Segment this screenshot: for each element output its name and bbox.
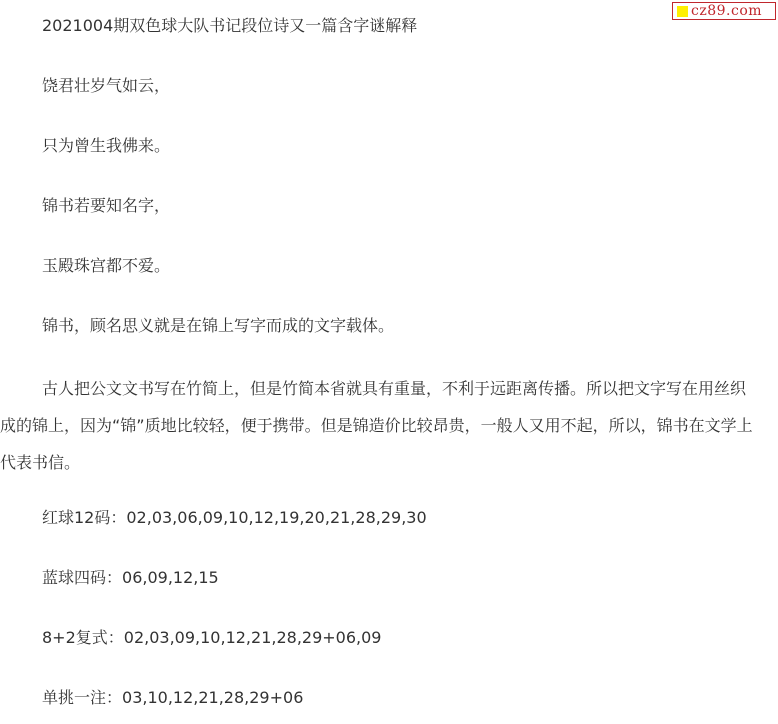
pick-value: 02,03,06,09,10,12,19,20,21,28,29,30	[126, 508, 426, 527]
yellow-square-icon	[677, 6, 688, 17]
explanation-paragraph-1: 锦书，顾名思义就是在锦上写字而成的文字载体。	[0, 310, 778, 342]
single-pick: 单挑一注：03,10,12,21,28,29+06	[0, 682, 778, 714]
pick-value: 02,03,09,10,12,21,28,29+06,09	[124, 628, 382, 647]
pick-value: 03,10,12,21,28,29+06	[122, 688, 303, 707]
poem-line-4: 玉殿珠宫都不爱。	[0, 250, 778, 282]
watermark-text: cz89.com	[691, 3, 762, 19]
pick-value: 06,09,12,15	[122, 568, 219, 587]
explanation-paragraph-2: 古人把公文文书写在竹简上，但是竹简本省就具有重量，不利于远距离传播。所以把文字写…	[0, 370, 758, 481]
red-ball-picks: 红球12码：02,03,06,09,10,12,19,20,21,28,29,3…	[0, 502, 778, 534]
watermark-logo: cz89.com	[672, 2, 776, 20]
compound-picks: 8+2复式：02,03,09,10,12,21,28,29+06,09	[0, 622, 778, 654]
article-title: 2021004期双色球大队书记段位诗又一篇含字谜解释	[0, 10, 778, 42]
poem-line-3: 锦书若要知名字，	[0, 190, 778, 222]
pick-label: 蓝球四码：	[42, 568, 122, 587]
blue-ball-picks: 蓝球四码：06,09,12,15	[0, 562, 778, 594]
pick-label: 红球12码：	[42, 508, 126, 527]
pick-label: 单挑一注：	[42, 688, 122, 707]
poem-line-2: 只为曾生我佛来。	[0, 130, 778, 162]
pick-label: 8+2复式：	[42, 628, 124, 647]
poem-line-1: 饶君壮岁气如云，	[0, 70, 778, 102]
